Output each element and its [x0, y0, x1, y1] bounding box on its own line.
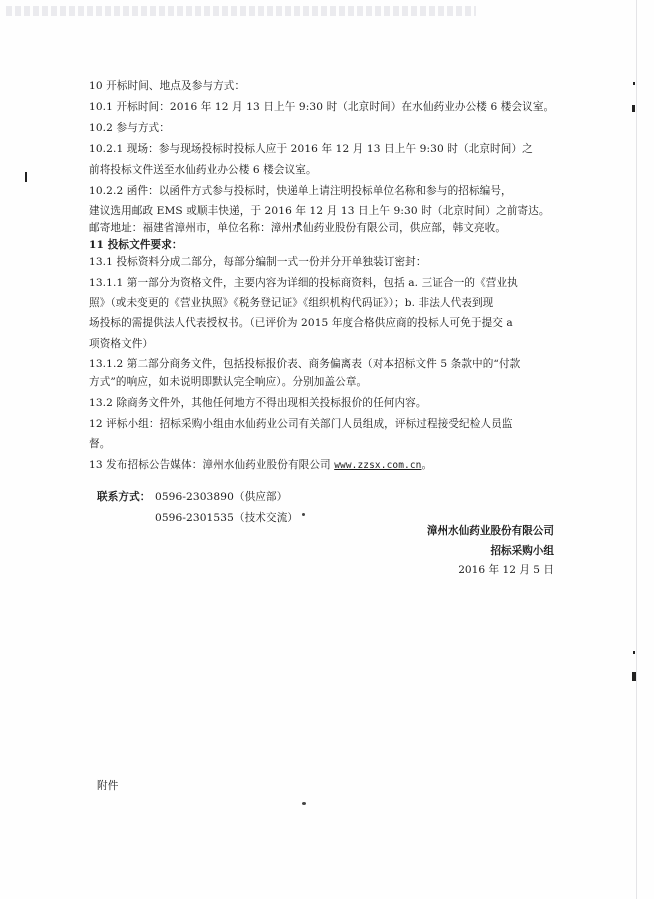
scanned-page: 10 开标时间、地点及参与方式： 10.1 开标时间：2016 年 12 月 1… [0, 0, 654, 899]
line-13-1-1-cont1: 照》（或未变更的《营业执照》《税务登记证》《组织机构代码证》）；b. 非法人代表… [89, 296, 493, 310]
section-12-cont: 督。 [89, 437, 110, 451]
website-link[interactable]: www.zzsx.com.cn [334, 460, 421, 471]
signature-company: 漳州水仙药业股份有限公司 [427, 524, 554, 538]
scan-mark [632, 105, 635, 112]
line-10-2-1: 10.2.1 现场：参与现场投标时投标人应于 2016 年 12 月 13 日上… [89, 142, 533, 156]
bleed-through-text [6, 6, 476, 16]
scan-mark [633, 82, 635, 85]
line-10-2-2: 10.2.2 函件：以函件方式参与投标时，快递单上请注明投标单位名称和参与的招标… [89, 184, 512, 198]
line-13-1-2-cont: 方式”的响应，如未说明即默认完全响应）。分别加盖公章。 [89, 375, 367, 389]
line-13-1-1-cont2: 场投标的需提供法人代表授权书。（已评价为 2015 年度合格供应商的投标人可免于… [89, 316, 513, 330]
line-13-1-1: 13.1.1 第一部分为资格文件，主要内容为详细的投标商资料，包括 a. 三证合… [89, 276, 518, 290]
scan-mark [25, 172, 27, 182]
scan-speck [302, 513, 305, 516]
contact-phone-tech: 0596-2301535（技术交流） [155, 511, 298, 525]
scan-edge-line [636, 0, 637, 899]
media-suffix: 。 [421, 459, 432, 471]
line-13-1: 13.1 投标资料分成二部分，每部分编制一式一份并分开单独装订密封： [89, 255, 427, 269]
line-13-1-1-cont3: 项资格文件） [89, 337, 153, 351]
line-13-2: 13.2 除商务文件外，其他任何地方不得出现相关投标报价的任何内容。 [89, 396, 427, 410]
signature-date: 2016 年 12 月 5 日 [458, 563, 554, 577]
section-11-heading: 11 投标文件要求： [89, 238, 183, 252]
section-12: 12 评标小组：招标采购小组由水仙药业公司有关部门人员组成，评标过程接受纪检人员… [89, 417, 513, 431]
scan-speck [302, 802, 306, 805]
signature-group: 招标采购小组 [490, 544, 554, 558]
contact-phone-supply: 0596-2303890（供应部） [155, 490, 287, 504]
attachment-label: 附件 [97, 779, 118, 793]
scan-mark [633, 651, 635, 654]
media-prefix: 13 发布招标公告媒体：漳州水仙药业股份有限公司 [89, 459, 334, 471]
contact-label: 联系方式： [97, 490, 150, 504]
line-10-2: 10.2 参与方式： [89, 121, 170, 135]
section-10-heading: 10 开标时间、地点及参与方式： [89, 79, 245, 93]
line-10-2-1-cont: 前将投标文件送至水仙药业办公楼 6 楼会议室。 [89, 163, 317, 177]
line-13-1-2: 13.1.2 第二部分商务文件，包括投标报价表、商务偏离表（对本招标文件 5 条… [89, 357, 520, 371]
line-10-2-2-cont: 建议选用邮政 EMS 或顺丰快递，于 2016 年 12 月 13 日上午 9:… [89, 204, 550, 218]
scan-mark [632, 672, 636, 681]
line-10-1: 10.1 开标时间：2016 年 12 月 13 日上午 9:30 时（北京时间… [89, 100, 554, 114]
section-13-media: 13 发布招标公告媒体：漳州水仙药业股份有限公司 www.zzsx.com.cn… [89, 458, 432, 473]
scan-speck [297, 222, 301, 225]
